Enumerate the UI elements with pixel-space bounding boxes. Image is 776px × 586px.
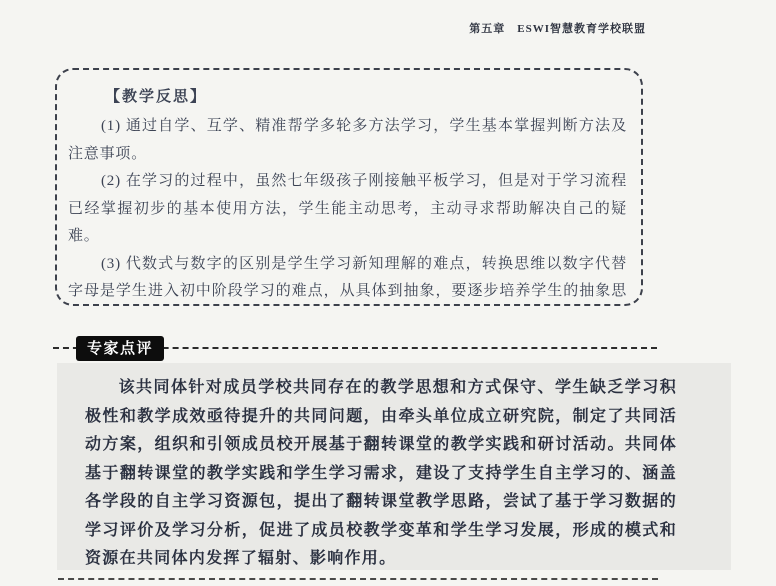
- bottom-divider: [58, 578, 658, 580]
- reflection-paragraph-3: (3) 代数式与数字的区别是学生学习新知理解的难点，转换思维以数字代替字母是学生…: [68, 251, 627, 307]
- reflection-paragraph-2: (2) 在学习的过程中，虽然七年级孩子刚接触平板学习，但是对于学习流程已经掌握初…: [68, 168, 627, 251]
- expert-review-block: 该共同体针对成员学校共同存在的教学思想和方式保守、学生缺乏学习积极性和教学成效亟…: [57, 363, 731, 570]
- reflection-paragraph-1: (1) 通过自学、互学、精准帮学多轮多方法学习，学生基本掌握判断方法及注意事项。: [68, 113, 627, 168]
- teaching-reflection-box: 【教学反思】 (1) 通过自学、互学、精准帮学多轮多方法学习，学生基本掌握判断方…: [55, 68, 643, 306]
- chapter-header: 第五章 ESWI智慧教育学校联盟: [469, 20, 646, 36]
- scanned-book-page: 第五章 ESWI智慧教育学校联盟 【教学反思】 (1) 通过自学、互学、精准帮学…: [0, 0, 776, 586]
- expert-review-tag: 专家点评: [76, 336, 164, 361]
- expert-review-text: 该共同体针对成员学校共同存在的教学思想和方式保守、学生缺乏学习积极性和教学成效亟…: [85, 374, 677, 570]
- reflection-title: 【教学反思】: [105, 85, 627, 106]
